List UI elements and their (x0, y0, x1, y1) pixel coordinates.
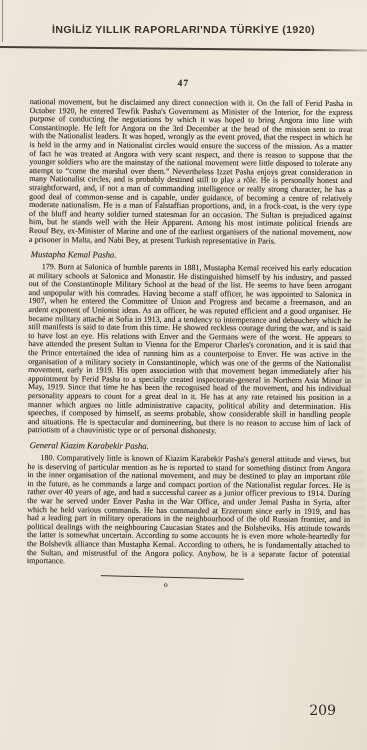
scan-bleed-artifact (339, 470, 365, 550)
book-page-number: 209 (309, 703, 336, 719)
facsimile-page-number: 47 (0, 78, 367, 90)
running-header-title: İNGİLİZ YILLIK RAPORLARI'NDA TÜRKİYE (19… (0, 24, 367, 36)
heading-general-kiazim-karabekir-pasha: General Kiazim Karabekir Pasha. (28, 440, 351, 452)
heading-mustapha-kemal-pasha: Mustapha Kemal Pasha. (29, 249, 352, 261)
paragraph-180-kiazim-karabekir: 180. Comparatively little is known of Ki… (27, 454, 351, 568)
book-page: İNGİLİZ YILLIK RAPORLARI'NDA TÜRKİYE (19… (0, 0, 367, 750)
facsimile-scan: 47 national movement, but he disclaimed … (0, 55, 367, 590)
scan-bleed-artifact (339, 330, 365, 390)
paragraph-179-mustapha-kemal: 179. Born at Salonica of humble parents … (28, 263, 352, 437)
section-end-mark: o (101, 579, 231, 589)
paragraph-izzet-pasha-continuation: national movement, but he disclaimed any… (29, 98, 353, 246)
header-rule (0, 46, 367, 51)
facsimile-text-block: national movement, but he disclaimed any… (0, 98, 367, 568)
